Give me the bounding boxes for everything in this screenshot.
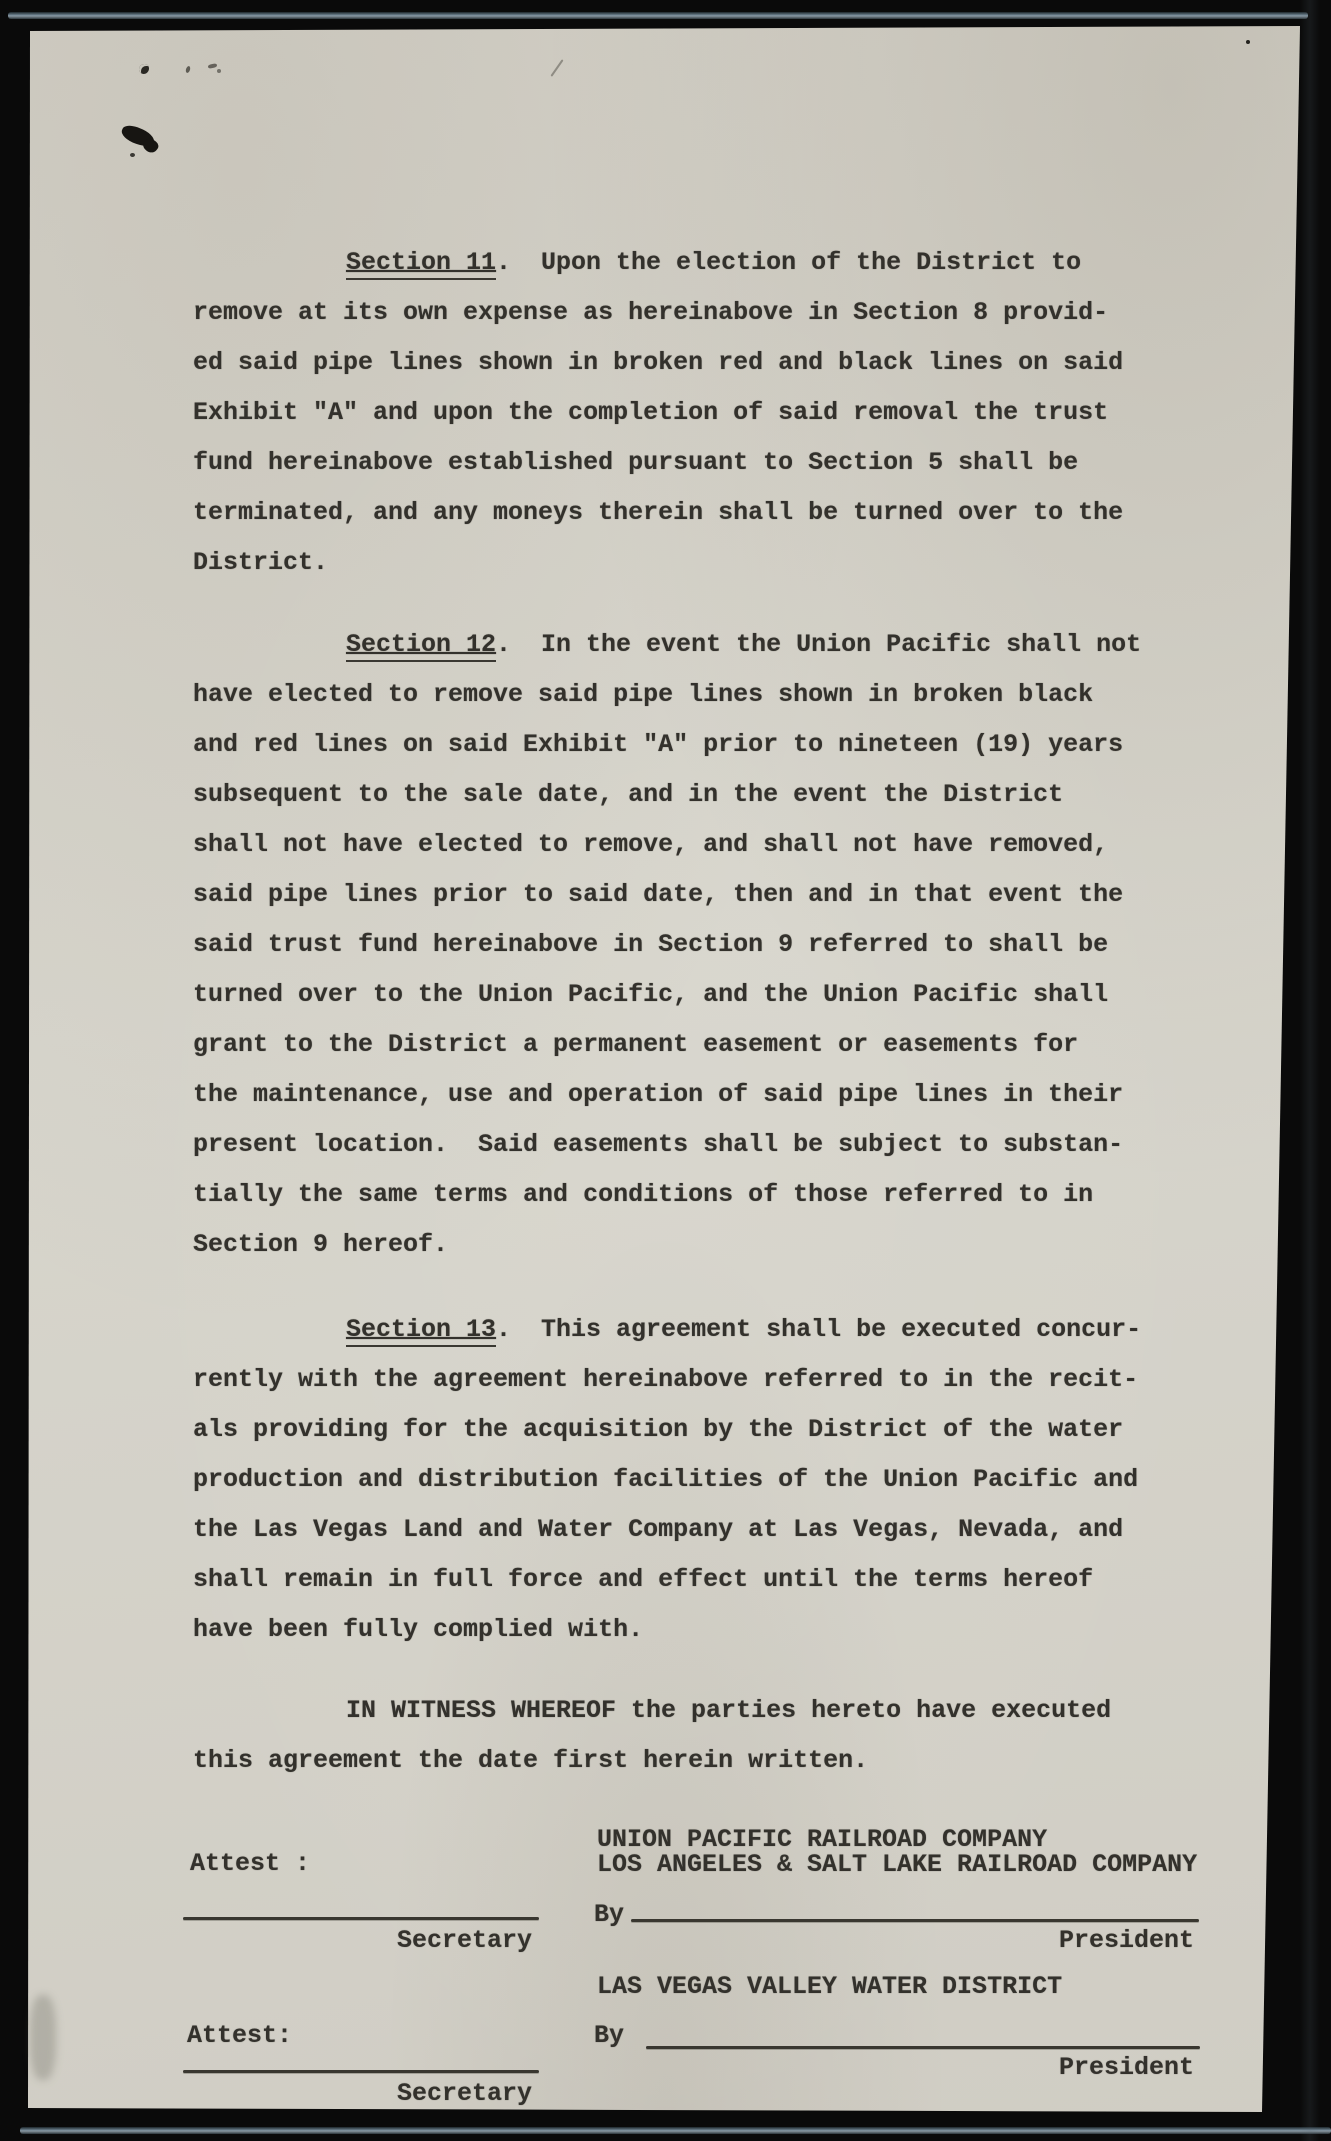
- document-line: Section 9 hereof.: [193, 1220, 1141, 1270]
- signature-line-secretary-2: [183, 2070, 539, 2073]
- document-line: grant to the District a permanent easeme…: [193, 1020, 1141, 1070]
- paragraph-section-13: Section 13. This agreement shall be exec…: [193, 1305, 1141, 1655]
- section-13-heading: Section 13: [346, 1315, 496, 1347]
- paragraph-section-12: Section 12. In the event the Union Pacif…: [193, 620, 1141, 1270]
- paragraph-section-11: Section 11. Upon the election of the Dis…: [193, 238, 1141, 588]
- company-name-union-pacific: UNION PACIFIC RAILROAD COMPANY: [597, 1827, 1047, 1852]
- document-line: present location. Said easements shall b…: [193, 1120, 1141, 1170]
- document-line: shall not have elected to remove, and sh…: [193, 820, 1141, 870]
- ink-speck: [130, 153, 135, 157]
- scanner-shadow-band: [1300, 0, 1320, 2141]
- document-line: turned over to the Union Pacific, and th…: [193, 970, 1141, 1020]
- ink-speck: [217, 69, 221, 73]
- document-body: Section 11. Upon the election of the Dis…: [193, 238, 1141, 1786]
- edge-smudge: [30, 1995, 56, 2080]
- document-line: and red lines on said Exhibit "A" prior …: [193, 720, 1141, 770]
- document-line: ed said pipe lines shown in broken red a…: [193, 338, 1141, 388]
- signature-line-secretary-1: [183, 1917, 539, 1920]
- document-line: terminated, and any moneys therein shall…: [193, 488, 1141, 538]
- document-line: District.: [193, 538, 1141, 588]
- document-line: rently with the agreement hereinabove re…: [193, 1355, 1141, 1405]
- document-line: have elected to remove said pipe lines s…: [193, 670, 1141, 720]
- by-label-1: By: [594, 1902, 624, 1927]
- document-line: Section 13. This agreement shall be exec…: [193, 1305, 1141, 1355]
- document-line: the Las Vegas Land and Water Company at …: [193, 1505, 1141, 1555]
- document-line: als providing for the acquisition by the…: [193, 1405, 1141, 1455]
- document-line: said trust fund hereinabove in Section 9…: [193, 920, 1141, 970]
- document-line: IN WITNESS WHEREOF the parties hereto ha…: [193, 1686, 1141, 1736]
- document-line: the maintenance, use and operation of sa…: [193, 1070, 1141, 1120]
- scanner-glass-edge-bottom: [20, 2127, 1331, 2134]
- paragraph-witness-clause: IN WITNESS WHEREOF the parties hereto ha…: [193, 1686, 1141, 1786]
- document-line: said pipe lines prior to said date, then…: [193, 870, 1141, 920]
- ink-speck: [1246, 40, 1250, 44]
- secretary-label-2: Secretary: [397, 2081, 532, 2106]
- signature-line-president-2: [646, 2046, 1200, 2049]
- document-line: this agreement the date first herein wri…: [193, 1736, 1141, 1786]
- signature-line-president-1: [631, 1919, 1199, 1922]
- company-name-lv-water-district: LAS VEGAS VALLEY WATER DISTRICT: [597, 1974, 1062, 1999]
- attest-label-2: Attest:: [187, 2023, 292, 2048]
- document-line: remove at its own expense as hereinabove…: [193, 288, 1141, 338]
- document-line: fund hereinabove established pursuant to…: [193, 438, 1141, 488]
- document-line: production and distribution facilities o…: [193, 1455, 1141, 1505]
- section-12-heading: Section 12: [346, 630, 496, 662]
- document-line-text: . In the event the Union Pacific shall n…: [496, 630, 1141, 659]
- president-label-1: President: [1059, 1928, 1194, 1953]
- document-line-text: . This agreement shall be executed concu…: [496, 1315, 1141, 1344]
- company-name-la-salt-lake: LOS ANGELES & SALT LAKE RAILROAD COMPANY: [597, 1852, 1197, 1877]
- secretary-label-1: Secretary: [397, 1928, 532, 1953]
- document-line: Section 12. In the event the Union Pacif…: [193, 620, 1141, 670]
- president-label-2: President: [1059, 2055, 1194, 2080]
- document-line-text: . Upon the election of the District to: [496, 248, 1081, 277]
- scanner-glass-edge-top: [8, 12, 1308, 19]
- document-line: Section 11. Upon the election of the Dis…: [193, 238, 1141, 288]
- scanned-document-page: Section 11. Upon the election of the Dis…: [0, 0, 1331, 2141]
- by-label-2: By: [594, 2023, 624, 2048]
- document-line: tially the same terms and conditions of …: [193, 1170, 1141, 1220]
- document-line: Exhibit "A" and upon the completion of s…: [193, 388, 1141, 438]
- document-line: have been fully complied with.: [193, 1605, 1141, 1655]
- document-line: shall remain in full force and effect un…: [193, 1555, 1141, 1605]
- document-line: subsequent to the sale date, and in the …: [193, 770, 1141, 820]
- attest-label-1: Attest :: [190, 1851, 310, 1876]
- section-11-heading: Section 11: [346, 248, 496, 280]
